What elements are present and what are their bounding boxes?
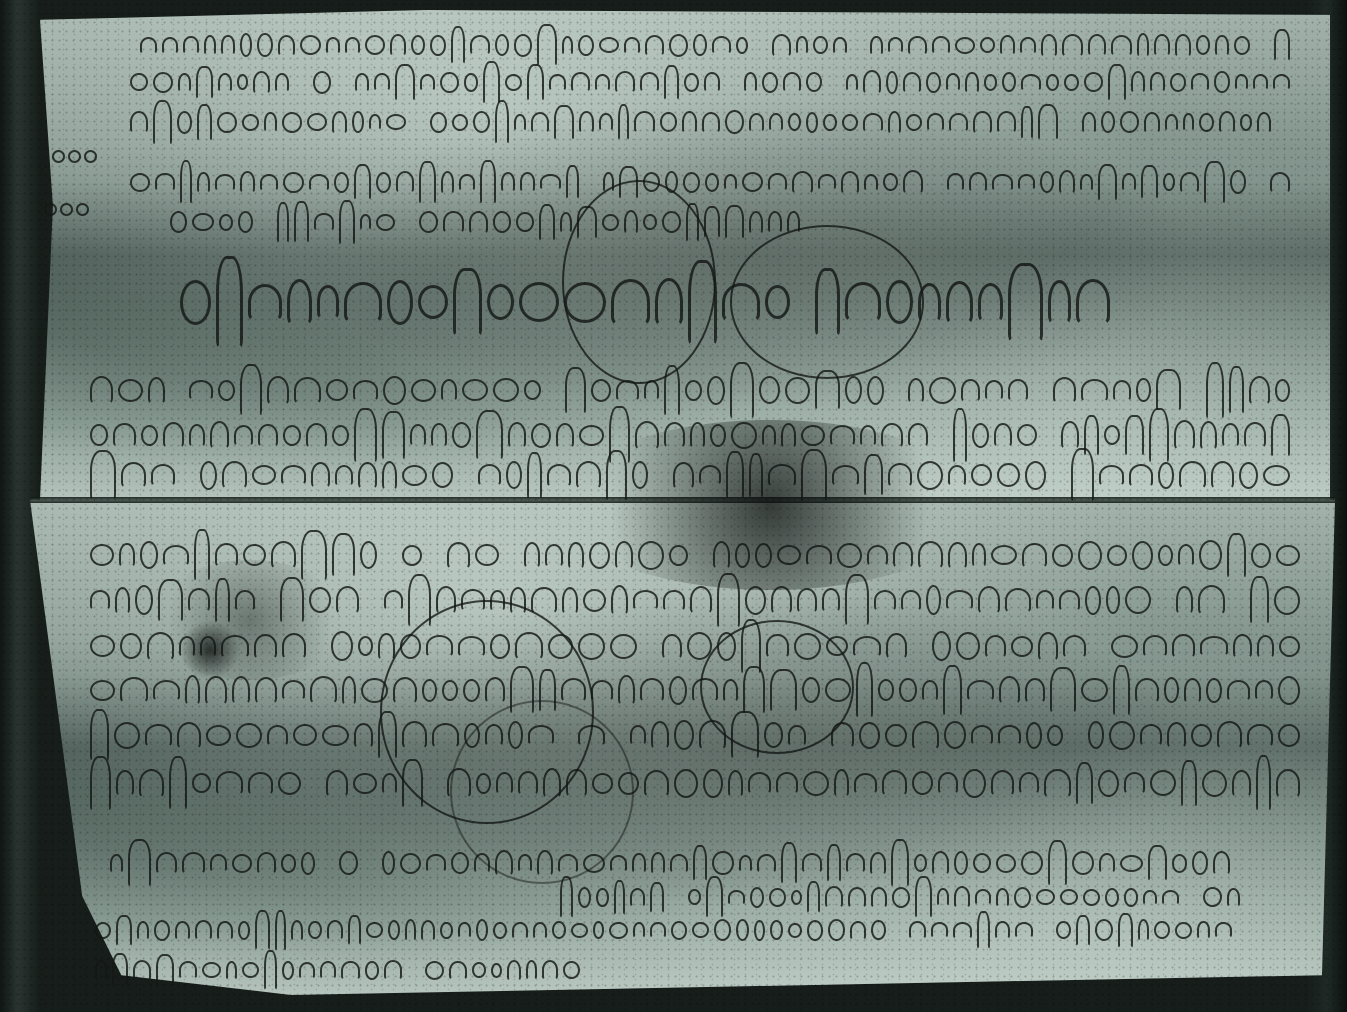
script-glyph: [854, 773, 877, 794]
script-glyph: [539, 204, 556, 241]
script-glyph: [1197, 921, 1210, 939]
script-glyph: [1056, 921, 1071, 939]
script-glyph: [797, 588, 817, 613]
script-glyph: [703, 769, 722, 798]
script-glyph: [693, 34, 706, 56]
script-glyph: [452, 422, 471, 448]
script-glyph: [90, 756, 111, 811]
script-glyph: [1148, 845, 1167, 881]
handwritten-line: [170, 212, 800, 232]
script-glyph: [354, 164, 371, 200]
script-glyph: [863, 70, 881, 94]
script-glyph: [1104, 425, 1120, 445]
script-glyph: [524, 380, 541, 400]
script-glyph: [493, 378, 519, 402]
script-glyph: [1131, 71, 1145, 93]
script-glyph: [478, 464, 501, 486]
script-glyph: [1107, 545, 1127, 566]
script-glyph: [792, 171, 813, 194]
script-glyph: [771, 586, 792, 614]
script-glyph: [926, 585, 941, 615]
script-glyph: [275, 73, 289, 92]
script-glyph: [948, 465, 966, 486]
script-glyph: [707, 376, 725, 405]
script-glyph: [260, 174, 278, 191]
script-glyph: [931, 922, 948, 938]
script-glyph: [1041, 34, 1057, 57]
script-glyph: [768, 464, 795, 487]
script-glyph: [1191, 724, 1212, 747]
script-glyph: [252, 465, 277, 485]
script-glyph: [1120, 855, 1143, 872]
script-glyph: [867, 545, 888, 566]
script-glyph: [1222, 423, 1239, 447]
script-glyph: [944, 721, 966, 749]
script-glyph: [827, 844, 841, 882]
script-glyph: [339, 200, 355, 245]
script-glyph: [341, 961, 359, 980]
script-glyph: [147, 632, 174, 661]
script-glyph: [232, 854, 252, 873]
script-glyph: [495, 34, 509, 56]
script-glyph: [1274, 586, 1300, 615]
script-glyph: [110, 854, 123, 873]
script-glyph: [280, 577, 305, 623]
script-glyph: [702, 112, 720, 133]
script-glyph: [472, 962, 487, 978]
script-glyph: [714, 919, 731, 941]
script-glyph: [739, 855, 752, 872]
script-glyph: [560, 212, 572, 233]
script-glyph: [240, 33, 252, 57]
script-glyph: [1017, 424, 1037, 446]
script-glyph: [788, 923, 802, 938]
script-glyph: [994, 423, 1012, 447]
script-glyph: [776, 772, 798, 794]
script-glyph: [121, 462, 146, 488]
script-glyph: [1229, 366, 1244, 414]
script-glyph: [178, 73, 191, 92]
script-glyph: [978, 283, 1003, 322]
script-glyph: [846, 853, 865, 873]
script-glyph: [731, 422, 757, 449]
script-glyph: [366, 922, 383, 938]
script-glyph: [825, 886, 843, 908]
script-glyph: [540, 174, 560, 190]
script-glyph: [278, 35, 295, 56]
script-glyph: [788, 113, 801, 131]
script-glyph: [1080, 174, 1093, 191]
script-glyph: [1099, 465, 1124, 486]
script-glyph: [864, 454, 883, 496]
script-glyph: [376, 172, 391, 193]
script-glyph: [615, 541, 633, 569]
script-glyph: [578, 633, 605, 660]
script-glyph: [1084, 72, 1103, 92]
script-glyph: [1275, 379, 1290, 402]
script-glyph: [917, 461, 943, 490]
script-glyph: [609, 922, 628, 939]
script-glyph: [1140, 724, 1162, 746]
script-glyph: [1270, 172, 1290, 193]
seal-circle-upper-right: [730, 225, 924, 379]
script-glyph: [219, 214, 233, 231]
script-glyph: [947, 173, 964, 191]
script-glyph: [1085, 586, 1101, 615]
script-glyph: [505, 74, 522, 91]
script-glyph: [1232, 770, 1251, 797]
script-glyph: [943, 665, 962, 716]
script-glyph: [806, 112, 818, 133]
script-glyph: [955, 37, 975, 54]
script-glyph: [140, 541, 159, 569]
script-glyph: [158, 579, 183, 622]
script-glyph: [769, 888, 785, 907]
script-glyph: [1178, 544, 1194, 566]
script-glyph: [878, 679, 894, 701]
script-glyph: [376, 214, 395, 231]
script-glyph: [396, 171, 415, 193]
script-glyph: [1154, 34, 1170, 56]
script-glyph: [1206, 678, 1222, 703]
script-glyph: [1125, 415, 1143, 456]
script-glyph: [163, 422, 184, 448]
script-glyph: [651, 852, 666, 874]
script-glyph: [1164, 677, 1180, 703]
script-glyph: [922, 680, 938, 701]
script-glyph: [358, 462, 377, 489]
script-glyph: [1181, 760, 1197, 807]
script-glyph: [154, 920, 171, 941]
script-glyph: [806, 545, 833, 566]
script-glyph: [845, 376, 862, 404]
script-glyph: [1076, 915, 1090, 946]
script-glyph: [204, 35, 216, 55]
script-glyph: [860, 425, 876, 446]
script-glyph: [614, 880, 625, 915]
script-glyph: [545, 544, 564, 567]
script-glyph: [634, 111, 655, 133]
script-glyph: [633, 590, 658, 610]
script-glyph: [663, 590, 684, 611]
script-glyph: [216, 771, 243, 795]
script-glyph: [842, 114, 858, 131]
script-glyph: [1244, 422, 1266, 448]
script-glyph: [1172, 634, 1195, 658]
script-glyph: [1200, 636, 1227, 656]
script-glyph: [537, 24, 556, 66]
script-glyph: [1257, 635, 1274, 658]
script-glyph: [1214, 71, 1229, 93]
script-glyph: [248, 284, 282, 321]
script-glyph: [980, 37, 995, 53]
script-glyph: [554, 105, 574, 140]
handwritten-line: [95, 960, 580, 980]
script-glyph: [112, 953, 128, 987]
script-glyph: [1279, 636, 1300, 657]
script-glyph: [116, 770, 134, 796]
script-glyph: [807, 920, 824, 941]
script-glyph: [1227, 533, 1246, 578]
script-glyph: [1174, 420, 1196, 450]
script-glyph: [242, 114, 260, 131]
script-glyph: [148, 377, 165, 404]
script-glyph: [1014, 887, 1031, 908]
script-glyph: [736, 37, 748, 54]
script-glyph: [802, 853, 822, 873]
script-glyph: [308, 921, 322, 939]
script-glyph: [1167, 722, 1186, 748]
script-glyph: [1135, 678, 1159, 703]
script-glyph: [595, 74, 610, 91]
script-glyph: [326, 770, 349, 797]
script-glyph: [336, 586, 359, 614]
script-glyph: [1038, 632, 1058, 661]
script-glyph: [870, 852, 886, 875]
script-glyph: [271, 541, 296, 569]
script-glyph: [426, 854, 446, 872]
script-glyph: [402, 545, 422, 566]
script-glyph: [145, 724, 171, 747]
script-glyph: [1233, 634, 1252, 658]
script-glyph: [871, 920, 885, 940]
script-glyph: [327, 920, 344, 940]
script-glyph: [267, 376, 289, 405]
script-glyph: [961, 379, 980, 402]
script-glyph: [1203, 887, 1222, 907]
script-glyph: [177, 722, 201, 749]
script-glyph: [264, 950, 277, 990]
script-glyph: [306, 423, 327, 448]
script-glyph: [1234, 36, 1250, 55]
script-glyph: [441, 171, 454, 194]
script-glyph: [1276, 545, 1300, 566]
script-glyph: [1249, 376, 1270, 405]
script-glyph: [183, 36, 199, 54]
script-glyph: [1199, 113, 1214, 132]
script-glyph: [133, 960, 151, 981]
script-glyph: [344, 282, 381, 323]
script-glyph: [624, 37, 640, 54]
script-glyph: [724, 174, 737, 190]
script-glyph: [1020, 37, 1036, 54]
script-glyph: [151, 464, 175, 486]
script-glyph: [353, 773, 376, 794]
script-glyph: [837, 543, 862, 568]
script-glyph: [1124, 888, 1139, 907]
script-glyph: [420, 74, 435, 91]
script-glyph: [589, 542, 610, 569]
script-glyph: [888, 463, 912, 487]
script-glyph: [1129, 464, 1154, 487]
script-glyph: [383, 376, 406, 405]
script-glyph: [818, 174, 836, 190]
script-glyph: [313, 71, 331, 94]
script-glyph: [670, 854, 688, 873]
script-glyph: [1021, 851, 1043, 875]
script-glyph: [1000, 35, 1016, 55]
script-glyph: [841, 171, 860, 194]
script-glyph: [524, 542, 540, 568]
script-glyph: [971, 725, 993, 745]
script-glyph: [475, 544, 499, 566]
handwritten-line: [90, 680, 1300, 700]
handwritten-line: [140, 35, 1290, 55]
script-glyph: [1204, 161, 1224, 204]
script-glyph: [684, 73, 699, 92]
script-glyph: [565, 367, 586, 414]
script-glyph: [1276, 769, 1300, 798]
script-glyph: [1082, 112, 1096, 133]
script-glyph: [205, 676, 226, 705]
script-glyph: [311, 462, 330, 488]
script-glyph: [240, 171, 256, 193]
script-glyph: [937, 888, 949, 906]
script-glyph: [156, 954, 174, 986]
script-glyph: [90, 450, 116, 500]
script-glyph: [1138, 919, 1149, 941]
script-glyph: [1172, 854, 1188, 873]
script-glyph: [909, 921, 926, 939]
script-glyph: [888, 111, 901, 134]
script-glyph: [487, 284, 514, 320]
script-glyph: [1154, 921, 1170, 939]
script-glyph: [519, 282, 559, 322]
script-glyph: [1050, 667, 1076, 713]
script-glyph: [583, 589, 606, 612]
script-glyph: [1011, 636, 1033, 657]
script-glyph: [1179, 461, 1206, 489]
script-glyph: [1053, 377, 1076, 403]
script-glyph: [294, 377, 321, 404]
script-glyph: [757, 854, 776, 873]
script-glyph: [197, 104, 212, 141]
script-glyph: [750, 887, 764, 908]
script-glyph: [163, 545, 189, 566]
script-glyph: [1198, 585, 1225, 615]
script-glyph: [388, 920, 400, 940]
script-glyph: [374, 73, 390, 91]
script-glyph: [281, 465, 306, 485]
script-glyph: [440, 922, 452, 939]
script-glyph: [903, 72, 921, 93]
script-glyph: [238, 921, 250, 940]
script-glyph: [451, 852, 469, 874]
script-glyph: [384, 960, 402, 980]
script-glyph: [644, 770, 669, 797]
script-glyph: [1124, 772, 1145, 794]
seal-circle-faint: [450, 700, 634, 884]
script-glyph: [706, 876, 724, 918]
script-glyph: [1025, 461, 1046, 490]
script-glyph: [459, 174, 475, 191]
script-glyph: [578, 35, 594, 56]
script-glyph: [248, 772, 273, 795]
script-glyph: [1059, 590, 1080, 611]
script-glyph: [803, 771, 829, 796]
script-glyph: [202, 962, 220, 978]
script-glyph: [912, 721, 939, 750]
script-glyph: [310, 676, 337, 704]
script-glyph: [669, 34, 688, 57]
script-glyph: [692, 922, 709, 938]
script-glyph: [1271, 414, 1290, 457]
script-glyph: [236, 723, 262, 748]
script-glyph: [180, 160, 193, 204]
script-glyph: [1019, 772, 1039, 794]
script-glyph: [991, 545, 1017, 565]
script-glyph: [60, 203, 73, 216]
script-glyph: [430, 35, 446, 56]
script-glyph: [255, 910, 270, 950]
script-glyph: [1101, 111, 1115, 133]
script-glyph: [115, 587, 131, 614]
script-glyph: [749, 113, 764, 132]
script-glyph: [215, 578, 230, 623]
script-glyph: [985, 380, 1004, 400]
script-glyph: [891, 839, 908, 887]
script-glyph: [560, 876, 573, 918]
script-glyph: [965, 72, 978, 93]
script-glyph: [777, 545, 801, 565]
script-glyph: [901, 590, 921, 611]
script-glyph: [335, 465, 353, 486]
script-glyph: [954, 851, 968, 875]
script-glyph: [128, 839, 151, 887]
script-glyph: [282, 633, 306, 659]
script-glyph: [320, 961, 336, 979]
script-glyph: [985, 635, 1006, 658]
script-glyph: [153, 100, 172, 145]
script-glyph: [277, 202, 290, 243]
handwritten-line: [90, 773, 1300, 793]
script-glyph: [735, 543, 750, 568]
script-glyph: [491, 963, 502, 978]
script-glyph: [216, 256, 243, 348]
handwritten-line: [130, 72, 1290, 92]
script-glyph: [1215, 35, 1228, 56]
script-glyph: [834, 769, 849, 797]
script-glyph: [232, 676, 250, 704]
script-glyph: [650, 922, 666, 938]
script-glyph: [728, 770, 743, 797]
script-glyph: [221, 35, 234, 55]
script-glyph: [1098, 164, 1117, 201]
script-glyph: [992, 174, 1012, 191]
script-glyph: [483, 61, 500, 104]
script-glyph: [116, 915, 132, 946]
script-glyph: [307, 113, 327, 131]
script-glyph: [1235, 74, 1249, 90]
seal-circle-lower-right: [700, 620, 854, 754]
script-glyph: [189, 380, 212, 400]
script-glyph: [963, 769, 986, 798]
script-glyph: [175, 921, 190, 940]
script-glyph: [258, 424, 277, 447]
script-glyph: [139, 769, 164, 798]
script-glyph: [726, 451, 743, 499]
script-glyph: [90, 680, 115, 701]
script-glyph: [662, 634, 682, 659]
script-glyph: [683, 172, 700, 193]
script-glyph: [1137, 33, 1149, 57]
script-glyph: [660, 112, 678, 132]
script-glyph: [807, 881, 820, 913]
script-glyph: [120, 633, 142, 659]
script-glyph: [342, 676, 357, 705]
script-glyph: [885, 724, 906, 747]
script-glyph: [1175, 34, 1191, 57]
